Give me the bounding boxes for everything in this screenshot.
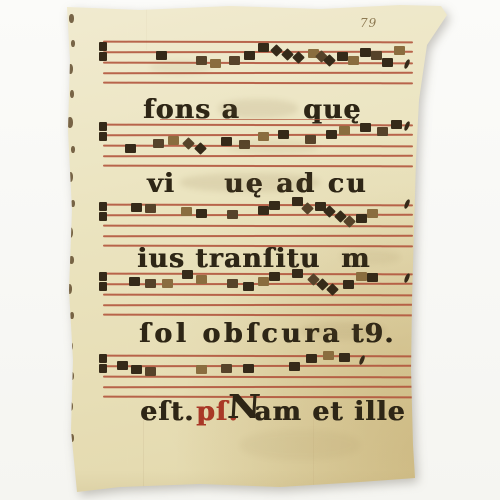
neume-square xyxy=(367,273,378,282)
neume-square xyxy=(258,43,269,52)
neume-square xyxy=(394,46,405,55)
staff-4 xyxy=(103,273,413,317)
neume-square xyxy=(348,56,359,65)
lyric-segment: ius tranſitu xyxy=(137,247,320,271)
fold-crease xyxy=(313,415,314,487)
neume-square xyxy=(227,279,238,288)
neume-square xyxy=(306,354,317,363)
neume-square xyxy=(289,362,300,371)
lyric-segment: vi xyxy=(147,172,175,196)
staff-line xyxy=(103,314,413,316)
neume-square xyxy=(243,364,254,373)
neume-square xyxy=(131,365,142,374)
neume-square xyxy=(181,207,192,216)
neume-square xyxy=(145,204,156,213)
neume-square xyxy=(382,58,393,67)
clef xyxy=(99,122,107,131)
neume-square xyxy=(360,123,371,132)
clef xyxy=(99,202,107,211)
fold-crease xyxy=(146,8,147,50)
staff-line xyxy=(103,155,413,157)
neume-square xyxy=(269,201,280,210)
neume-square xyxy=(196,209,207,218)
staff-line xyxy=(103,355,413,357)
neume-square xyxy=(356,214,367,223)
binding-mark xyxy=(68,64,73,74)
neume-square xyxy=(129,277,140,286)
ruling-line xyxy=(160,119,350,120)
manuscript-page: 79 fons aquęviuę ad cuius tranſitumſol o… xyxy=(0,0,500,500)
staff-line xyxy=(103,165,413,167)
neume-square xyxy=(360,48,371,57)
binding-mark xyxy=(69,14,74,23)
folio-number: 79 xyxy=(360,16,377,30)
binding-mark xyxy=(67,284,72,294)
binding-mark xyxy=(70,372,74,380)
clef xyxy=(99,212,107,221)
neume-square xyxy=(156,51,167,60)
binding-mark xyxy=(68,172,73,182)
neume-square xyxy=(221,364,232,373)
neume-square xyxy=(196,275,207,284)
binding-mark xyxy=(71,200,75,207)
clef xyxy=(99,52,107,61)
staff-line xyxy=(103,293,413,295)
clef xyxy=(99,272,107,281)
show-through-stain xyxy=(180,173,320,192)
neume-square xyxy=(145,279,156,288)
neume-square xyxy=(367,209,378,218)
show-through-stain xyxy=(228,140,318,154)
lyric-segment: eſt. xyxy=(140,400,194,424)
staff-line xyxy=(103,224,413,226)
neume-square xyxy=(210,59,221,68)
parchment-shadow-wrap: 79 fons aquęviuę ad cuius tranſitumſol o… xyxy=(0,0,500,500)
neume-square xyxy=(117,361,128,370)
clef xyxy=(99,132,107,141)
custos-mark xyxy=(404,121,411,132)
neume-square xyxy=(168,136,179,145)
binding-mark xyxy=(67,227,73,238)
neume-square xyxy=(326,130,337,139)
clef xyxy=(99,364,107,373)
neume-square xyxy=(229,56,240,65)
neume-diamond xyxy=(182,137,195,150)
clef xyxy=(99,42,107,51)
staff-line xyxy=(103,235,413,237)
neume-square xyxy=(196,365,207,374)
binding-mark xyxy=(68,402,73,411)
neume-square xyxy=(337,52,348,61)
binding-mark xyxy=(68,342,73,351)
fold-crease xyxy=(143,420,144,491)
show-through-stain xyxy=(300,322,385,340)
show-through-stain xyxy=(340,250,400,264)
neume-square xyxy=(278,130,289,139)
neume-square xyxy=(244,51,255,60)
manuscript-photo: 79 fons aquęviuę ad cuius tranſitumſol o… xyxy=(0,0,500,500)
staff-line xyxy=(103,304,413,306)
neume-square xyxy=(131,203,142,212)
staff-line xyxy=(103,82,413,84)
neume-square xyxy=(162,279,173,288)
neume-square xyxy=(323,351,334,360)
binding-mark xyxy=(70,312,74,319)
neume-square xyxy=(258,277,269,286)
show-through-stain xyxy=(240,430,360,460)
neume-square xyxy=(377,127,388,136)
neume-square xyxy=(371,51,382,60)
neume-square xyxy=(258,206,269,215)
binding-mark xyxy=(71,146,75,153)
neume-square xyxy=(153,139,164,148)
binding-mark xyxy=(70,434,74,442)
neume-square xyxy=(145,367,156,376)
staff-line xyxy=(103,72,413,74)
binding-mark xyxy=(69,256,74,264)
clef xyxy=(99,282,107,291)
binding-mark xyxy=(67,117,73,128)
neume-square xyxy=(125,144,136,153)
binding-mark xyxy=(70,90,74,98)
neume-square xyxy=(343,280,354,289)
show-through-stain xyxy=(150,60,210,74)
neume-square xyxy=(227,210,238,219)
neume-square xyxy=(243,282,254,291)
lyric-segment: am et ille xyxy=(254,400,406,424)
binding-mark xyxy=(71,40,75,47)
staff-line xyxy=(103,61,413,63)
staff-3 xyxy=(103,204,413,248)
neume-square xyxy=(339,126,350,135)
clef xyxy=(99,354,107,363)
show-through-stain xyxy=(218,99,298,118)
staff-1 xyxy=(103,41,413,85)
neume-square xyxy=(391,120,402,129)
neume-square xyxy=(339,353,350,362)
